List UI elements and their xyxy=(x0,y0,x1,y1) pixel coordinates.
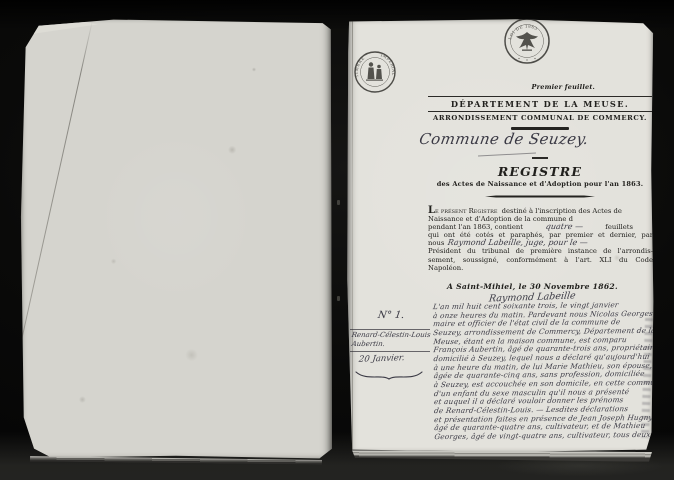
stamp-ring-dots xyxy=(518,58,535,61)
handwritten-fill-in: quatre — xyxy=(545,223,584,231)
loi-stamp-icon: LOI DE 1863 xyxy=(502,18,552,66)
paragraph-line: Président du tribunal de première instan… xyxy=(428,247,653,255)
divider-rule xyxy=(428,96,652,97)
divider-rule xyxy=(428,111,652,112)
commune-handwritten-text: Commune de Seuzey. xyxy=(418,130,590,148)
paragraph-line: sement, soussigné, conformément à l'art.… xyxy=(428,256,653,264)
brace-icon xyxy=(354,370,424,382)
paragraph-line: pendant l'an 1863, contient quatre — feu… xyxy=(428,223,653,231)
loi-stamp: LOI DE 1863 xyxy=(502,18,552,70)
scanned-register-photo: TIMBRE IMPÉRIAL LOI DE 1863 xyxy=(0,0,674,480)
act-margin-number: N° 1. xyxy=(350,310,430,321)
paragraph-lead: Le présent Registre xyxy=(428,207,497,215)
left-blank-page xyxy=(20,16,332,462)
paragraph-text: pendant l'an 1863, contient xyxy=(428,223,523,231)
small-divider-mark xyxy=(532,157,548,159)
handwritten-fill-in: Raymond Labeille, juge, pour le — xyxy=(447,239,588,247)
binding-stitch xyxy=(337,200,340,205)
register-page: TIMBRE IMPÉRIAL LOI DE 1863 xyxy=(346,18,654,454)
underline-flourish xyxy=(478,152,536,156)
page-crease xyxy=(20,20,93,452)
margin-brace-flourish xyxy=(354,367,424,386)
timbre-imperial-stamp: TIMBRE IMPÉRIAL xyxy=(353,50,397,98)
act-margin-name: Renard-Célestin-Louis xyxy=(351,331,430,339)
act-number-text: N° 1. xyxy=(377,310,405,321)
register-title: REGISTRE xyxy=(428,164,652,179)
paragraph-text: feuillets xyxy=(605,223,633,231)
page-corner-fold xyxy=(26,18,98,34)
act-margin-name: Aubertin. xyxy=(351,340,384,348)
act-date-text: 20 Janvier. xyxy=(358,353,405,365)
register-subtitle: des Actes de Naissance et d'Adoption pou… xyxy=(428,180,652,188)
act-margin-date: 20 Janvier. xyxy=(358,353,404,365)
stamp-eagle-icon xyxy=(516,32,538,51)
folio-note: Premier feuillet. xyxy=(428,83,595,91)
timbre-imperial-stamp-icon: TIMBRE IMPÉRIAL xyxy=(353,50,397,94)
act-name-text: Renard-Célestin-Louis xyxy=(351,331,431,339)
act-name-text: Aubertin. xyxy=(351,340,386,348)
place-date-line: A Saint-Mihiel, le 30 Novembre 1862. xyxy=(447,282,618,291)
paragraph-text: nous xyxy=(428,239,444,247)
stamp-figures-icon xyxy=(366,62,383,80)
paragraph-line: Napoléon. xyxy=(428,264,653,272)
binding-stitch xyxy=(337,296,340,301)
arrondissement-header: ARRONDISSEMENT COMMUNAL DE COMMERCY. xyxy=(428,114,652,122)
stamp-ring-text-right: IMPÉRIAL xyxy=(380,52,396,76)
register-declaration-paragraph: Le présent Registre destiné à l'inscript… xyxy=(428,207,653,272)
commune-handwritten-line: Commune de Seuzey. xyxy=(418,130,587,148)
paragraph-line: Naissance et d'Adoption de la commune d xyxy=(428,215,653,223)
margin-rule xyxy=(350,351,430,352)
paragraph-line: Le présent Registre destiné à l'inscript… xyxy=(428,207,653,215)
margin-rule xyxy=(350,329,430,330)
svg-text:IMPÉRIAL: IMPÉRIAL xyxy=(380,52,396,76)
act-handwritten-text: L'an mil huit cent soixante trois, le vi… xyxy=(432,301,652,442)
departement-header: DÉPARTEMENT DE LA MEUSE. xyxy=(428,99,652,109)
swelled-rule xyxy=(485,195,595,198)
paragraph-text: destiné à l'inscription des Actes de xyxy=(502,207,622,215)
page-edges-stack xyxy=(352,450,652,462)
act-text-line: Georges, âgé de vingt-quatre ans, cultiv… xyxy=(434,431,654,442)
paragraph-line: nous Raymond Labeille, juge, pour le — xyxy=(428,239,653,247)
